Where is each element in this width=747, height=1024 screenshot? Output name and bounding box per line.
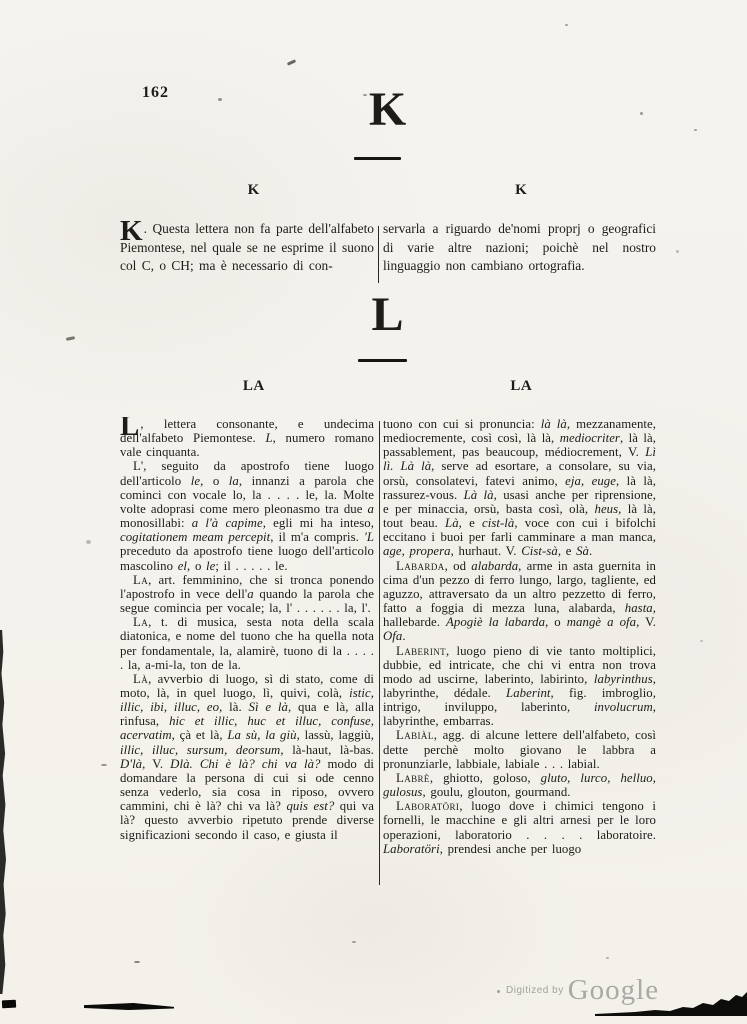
- l-heading-rule: [358, 359, 407, 362]
- section-k-heading: K: [120, 86, 655, 134]
- scan-speck: [497, 990, 500, 993]
- la-column-header-left: LA: [120, 378, 388, 395]
- section-l-heading: L: [120, 291, 655, 339]
- scan-speck: [676, 250, 679, 253]
- k-column-divider: [378, 226, 379, 283]
- scan-speck: [565, 24, 568, 26]
- scan-corner-mark: [2, 1000, 16, 1009]
- scan-speck: [694, 129, 697, 131]
- scan-wedge-bottom-right: [595, 988, 747, 1016]
- scan-speck: [640, 112, 643, 115]
- scan-speck: [101, 764, 107, 766]
- k-heading-rule: [354, 157, 401, 160]
- scan-speck: [606, 957, 609, 959]
- scanned-book-page: { "page": { "number": "162", "watermark"…: [0, 0, 747, 1024]
- l-right-column: tuono con cui si pronuncia: là là, mezza…: [383, 417, 656, 889]
- k-right-column: servarla a riguardo de'nomi proprj o geo…: [383, 220, 656, 284]
- scan-speck: [134, 961, 140, 963]
- scan-speck: [363, 94, 367, 96]
- scan-speck: [86, 540, 91, 544]
- scan-speck: [218, 98, 222, 101]
- l-left-column: L, lettera consonante, e undecima dell'a…: [120, 417, 374, 889]
- k-column-header-right: K: [388, 182, 656, 199]
- l-column-divider: [379, 421, 380, 885]
- la-column-header-right: LA: [388, 378, 656, 395]
- k-column-header-left: K: [120, 182, 388, 199]
- k-left-column: K. Questa lettera non fa parte dell'alfa…: [120, 220, 374, 284]
- digitized-by-label: Digitized by: [506, 985, 564, 996]
- k-column-headers: K K: [120, 182, 655, 199]
- scan-speck: [700, 640, 703, 642]
- la-column-headers: LA LA: [120, 378, 655, 395]
- scan-speck: [352, 941, 356, 943]
